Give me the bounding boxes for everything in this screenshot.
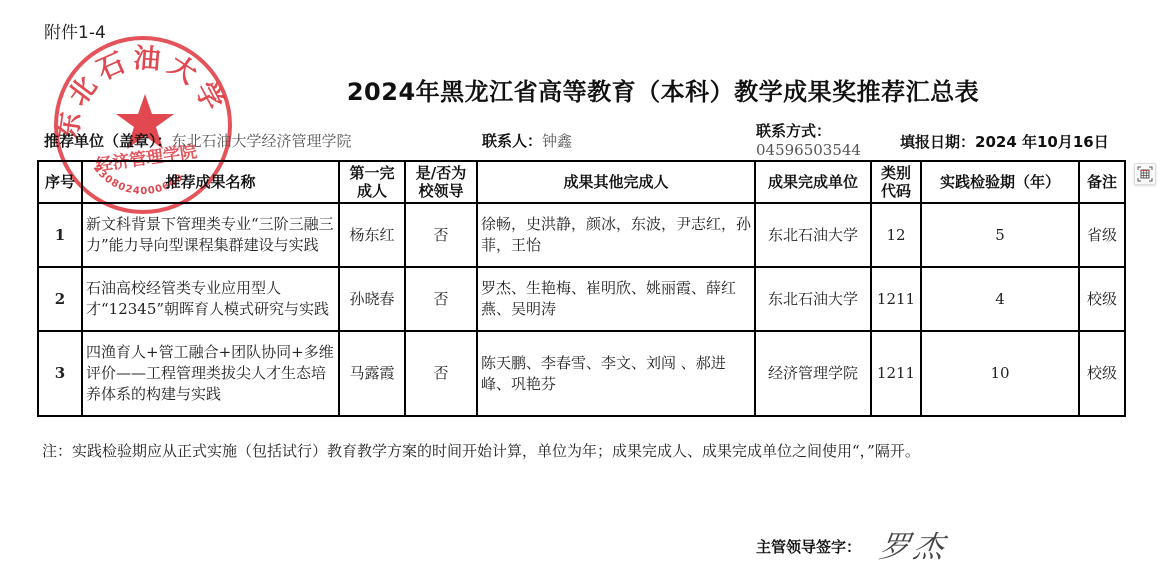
supervisor-signature: 罗杰: [877, 522, 951, 566]
summary-table: 序号 推荐成果名称 第一完成人 是/否为校领导 成果其他完成人 成果完成单位 类…: [37, 160, 1126, 417]
supervisor-signature-label: 主管领导签字：: [756, 536, 861, 557]
page-title: 2024年黑龙江省高等教育（本科）教学成果奖推荐汇总表: [0, 72, 1166, 107]
header-code: 类别代码: [871, 161, 921, 203]
header-seq: 序号: [38, 161, 82, 203]
contact-person-value: 钟鑫: [542, 132, 572, 150]
fill-date: 填报日期：2024 年10月16日: [900, 131, 1109, 152]
recommend-unit-value: 东北石油大学经济管理学院: [172, 132, 352, 150]
header-first: 第一完成人: [339, 161, 405, 203]
table-row: 1 新文科背景下管理类专业“三阶三融三力”能力导向型课程集群建设与实践 杨东红 …: [38, 203, 1125, 267]
contact-person: 联系人：钟鑫: [482, 130, 572, 151]
table-header-row: 序号 推荐成果名称 第一完成人 是/否为校领导 成果其他完成人 成果完成单位 类…: [38, 161, 1125, 203]
header-others: 成果其他完成人: [477, 161, 755, 203]
header-leader: 是/否为校领导: [405, 161, 477, 203]
table-row: 2 石油高校经管类专业应用型人才“12345”朝晖育人模式研究与实践 孙晓春 否…: [38, 267, 1125, 331]
fill-date-value: 2024 年10月16日: [975, 133, 1109, 151]
recommend-unit: 推荐单位（盖章）：东北石油大学经济管理学院: [44, 130, 352, 151]
header-unit: 成果完成单位: [755, 161, 871, 203]
header-remark: 备注: [1079, 161, 1125, 203]
table-row: 3 四渔育人+管工融合+团队协同+多维评价——工程管理类拔尖人才生态培养体系的构…: [38, 331, 1125, 416]
header-name: 推荐成果名称: [82, 161, 339, 203]
table-extract-icon[interactable]: [1134, 163, 1156, 185]
contact-phone-value: 04596503544: [756, 141, 861, 159]
header-years: 实践检验期（年）: [921, 161, 1079, 203]
footnote: 注：实践检验期应从正式实施（包括试行）教育教学方案的时间开始计算，单位为年；成果…: [42, 440, 920, 461]
contact-phone: 联系方式：: [756, 120, 831, 141]
